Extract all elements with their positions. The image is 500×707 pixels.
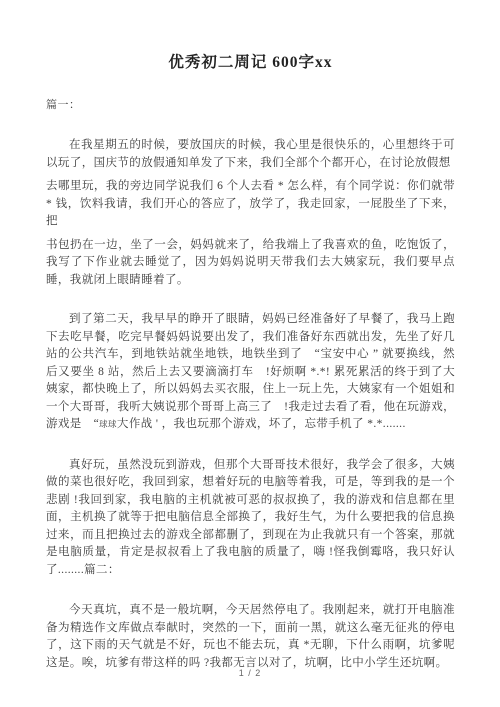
paragraph-2-text: 到了第二天，我早早的睁开了眼睛，妈妈已经准备好了早餐了，我马上跑下去吃早餐，吃完… [46,313,455,430]
page-number-indicator: 1 / 2 [0,668,500,678]
paragraph-2-text-end: 大作战 ' ，我也玩那个游戏，坏了，忘带手机了 *.*....... [117,418,406,430]
paragraph-3: 真好玩，虽然没玩到游戏，但那个大哥哥技术很好，我学会了很多，大姨做的菜也很好吃，… [46,457,455,580]
paragraph-1a: 在我星期五的时候，要放国庆的时候，我心里是很快乐的，心里想终于可以玩了，国庆节的… [46,137,455,172]
paragraph-1c: 书包扔在一边，坐了一会，妈妈就来了，给我端上了我喜欢的鱼，吃饱饭了，我写了下作业… [46,237,455,290]
section-one-label: 篇一： [46,96,455,112]
document-title: 优秀初二周记 600字xx [46,50,455,72]
paragraph-4: 今天真坑，真不是一般坑啊，今天居然停电了。我刚起来，就打开电脑准备为精选作文库做… [46,602,455,672]
document-page: 优秀初二周记 600字xx 篇一： 在我星期五的时候，要放国庆的时候，我心里是很… [0,0,500,707]
paragraph-1b: 去哪里玩，我的旁边同学说我们 6 个人去看 * 怎么样，有个同学说：你们就带 *… [46,178,455,231]
paragraph-2-small-text: 球球 [99,419,117,429]
paragraph-2: 到了第二天，我早早的睁开了眼睛，妈妈已经准备好了早餐了，我马上跑下去吃早餐，吃完… [46,311,455,434]
